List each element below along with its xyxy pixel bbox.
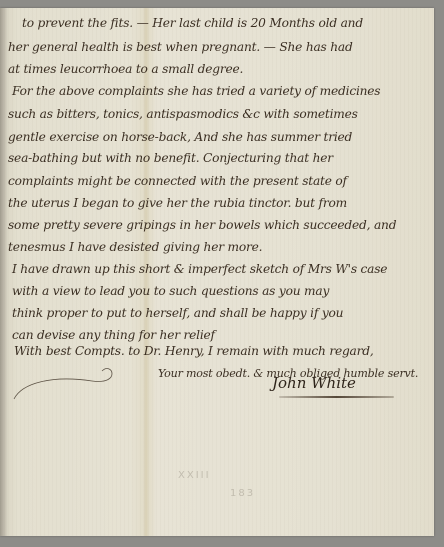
letter-line-15: can devise any thing for her relief <box>12 328 215 342</box>
letter-line-7: sea-bathing but with no benefit. Conject… <box>8 151 333 165</box>
letter-line-11: tenesmus I have desisted giving her more… <box>8 240 262 254</box>
letter-line-2: her general health is best when pregnant… <box>8 40 353 54</box>
page-edge-shadow <box>0 8 8 536</box>
letter-line-14: think proper to put to herself, and shal… <box>12 306 343 320</box>
faint-stamp-line-1: XXIII <box>178 470 211 481</box>
letter-closing: With best Compts. to Dr. Henry, I remain… <box>14 344 374 358</box>
letter-line-1: to prevent the fits. — Her last child is… <box>22 16 363 30</box>
pen-flourish <box>12 363 172 403</box>
letter-line-4: For the above complaints she has tried a… <box>12 84 380 98</box>
letter-line-12: I have drawn up this short & imperfect s… <box>12 262 387 276</box>
signature: John White <box>272 374 356 392</box>
letter-line-6: gentle exercise on horse-back, And she h… <box>8 130 352 144</box>
letter-line-10: some pretty severe gripings in her bowel… <box>8 218 396 232</box>
letter-line-9: the uterus I began to give her the rubia… <box>8 196 347 210</box>
letter-page: to prevent the fits. — Her last child is… <box>0 8 434 536</box>
letter-line-5: such as bitters, tonics, antispasmodics … <box>8 107 358 121</box>
letter-line-3: at times leucorrhoea to a small degree. <box>8 62 243 76</box>
faint-stamp-line-2: 183 <box>230 488 255 499</box>
letter-line-8: complaints might be connected with the p… <box>8 174 347 188</box>
signature-underline <box>279 396 394 398</box>
letter-line-13: with a view to lead you to such question… <box>12 284 329 298</box>
